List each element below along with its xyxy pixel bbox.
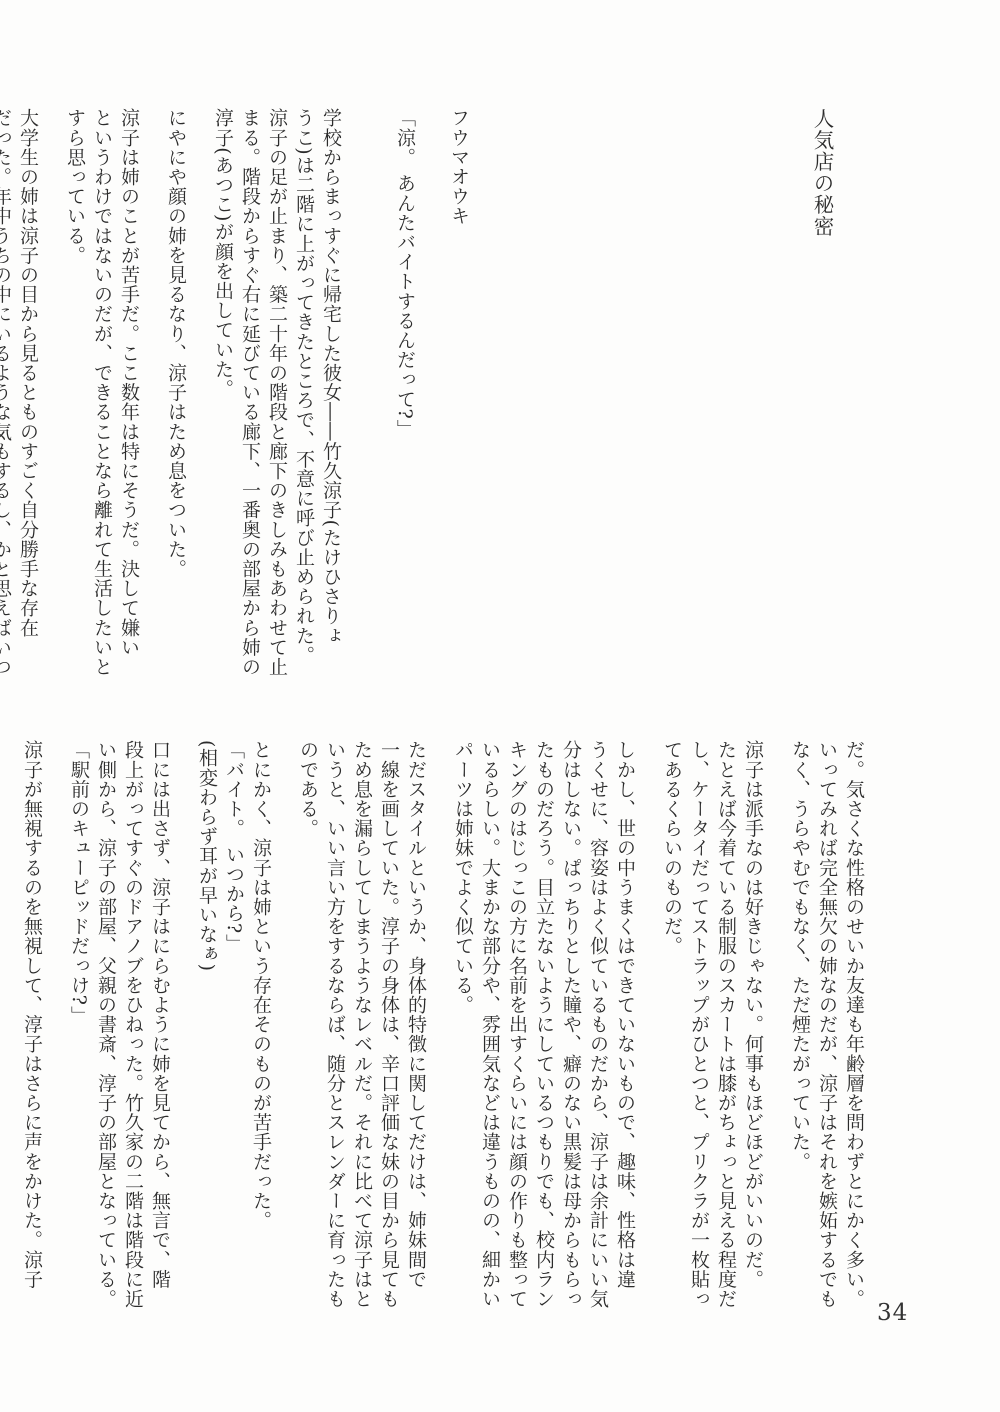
body-line: ただスタイルというか、身体的特徴に関してだけは、姉妹間で [402,740,449,1296]
body-line: 淳子(あつこ)が顔を出していた。 [209,108,236,664]
dialogue-line: 「駅前のキューピッドだっけ?」 [65,740,92,1296]
body-line: 口には出さず、涼子はにらむように姉を見てから、無言で、階 [146,740,193,1296]
body-line: しかし、世の中うまくはできていないもので、趣味、性格は違 [611,740,658,1296]
body-line: だ。気さくな性格のせいか友達も年齢層を問わずとにかく多い。 [840,740,867,1296]
book-page: 人気店の秘密フウマオウキ「涼。 あんたバイトするんだって?」学校からまっすぐに帰… [0,0,1000,1412]
body-line: うこ)は二階に上がってきたところで、不意に呼び止められた。 [290,108,317,664]
body-line: 段上がってすぐのドアノブをひねった。竹久家の二階は階段に近 [119,740,146,1296]
dialogue-line: 「涼。 あんたバイトするんだって?」 [391,108,418,664]
body-line: いるらしい。大まかな部分や、雰囲気などは違うものの、細かい [476,740,503,1296]
body-line: てあるくらいのものだ。 [658,740,685,1296]
body-line: のである。 [294,740,321,1296]
body-line: まる。階段からすぐ右に延びている廊下、一番奥の部屋から姉の [236,108,263,664]
bottom-text-band: だ。気さくな性格のせいか友達も年齢層を問わずとにかく多い。いってみれば完全無欠の… [133,740,867,1296]
body-line: ため息を漏らしてしまうようなレベルだ。それに比べて涼子はと [348,740,375,1296]
body-line: キングのはじっこの方に名前を出すくらいには顔の作りも整って [503,740,530,1296]
body-line: 大学生の姉は涼子の目から見るとものすごく自分勝手な存在 [14,108,61,664]
body-line: 涼子の足が止まり、築二十年の階段と廊下のきしみもあわせて止 [263,108,290,664]
body-line: 涼子は姉のことが苦手だ。ここ数年は特にそうだ。決して嫌い [115,108,162,664]
body-line: うくせに、容姿はよく似ているものだから、涼子は余計にいい気 [584,740,611,1296]
title-line: 人気店の秘密 [808,108,867,664]
body-line: パーツは姉妹でよく似ている。 [449,740,476,1296]
body-line: 涼子は派手なのは好きじゃない。何事もほどほどがいいのだ。 [739,740,786,1296]
body-line: なく、うらやむでもなく、ただ煙たがっていた。 [786,740,813,1296]
body-line: 一線を画していた。淳子の身体は、辛口評価な妹の目から見ても [375,740,402,1296]
body-line: というわけではないのだが、できることなら離れて生活したいと [88,108,115,664]
blank-line [364,108,391,664]
body-line: すら思っている。 [61,108,88,664]
body-line: いうと、いい言い方をするならば、随分とスレンダーに育ったも [321,740,348,1296]
body-line: にやにや顔の姉を見るなり、涼子はため息をついた。 [162,108,209,664]
body-line: たとえば今着ている制服のスカートは膝がちょっと見える程度だ [712,740,739,1296]
body-line: 涼子が無視するのを無視して、淳子はさらに声をかけた。涼子 [18,740,65,1296]
body-line: 学校からまっすぐに帰宅した彼女――竹久涼子(たけひさりょ [317,108,364,664]
blank-line [418,108,445,664]
author-line: フウマオウキ [445,108,781,664]
body-line: い側から、涼子の部屋、父親の書斎、淳子の部屋となっている。 [92,740,119,1296]
body-line: だった。年中うちの中にいるような気もするし、かと思えばいつ [0,108,14,664]
body-line: いってみれば完全無欠の姉なのだが、涼子はそれを嫉妬するでも [813,740,840,1296]
top-text-band: 人気店の秘密フウマオウキ「涼。 あんたバイトするんだって?」学校からまっすぐに帰… [133,108,867,664]
body-line: 分はしない。ぱっちりとした瞳や、癖のない黒髪は母からもらっ [557,740,584,1296]
body-line: とにかく、涼子は姉という存在そのものが苦手だった。 [247,740,294,1296]
body-line: し、ケータイだってストラップがひとつと、プリクラが一枚貼っ [685,740,712,1296]
page-number: 34 [877,1300,908,1326]
blank-line [781,108,808,664]
dialogue-line: (相変わらず耳が早いなぁ) [193,740,220,1296]
dialogue-line: 「バイト。 いつから?」 [220,740,247,1296]
body-line: たものだろう。目立たないようにしているつもりでも、校内ラン [530,740,557,1296]
